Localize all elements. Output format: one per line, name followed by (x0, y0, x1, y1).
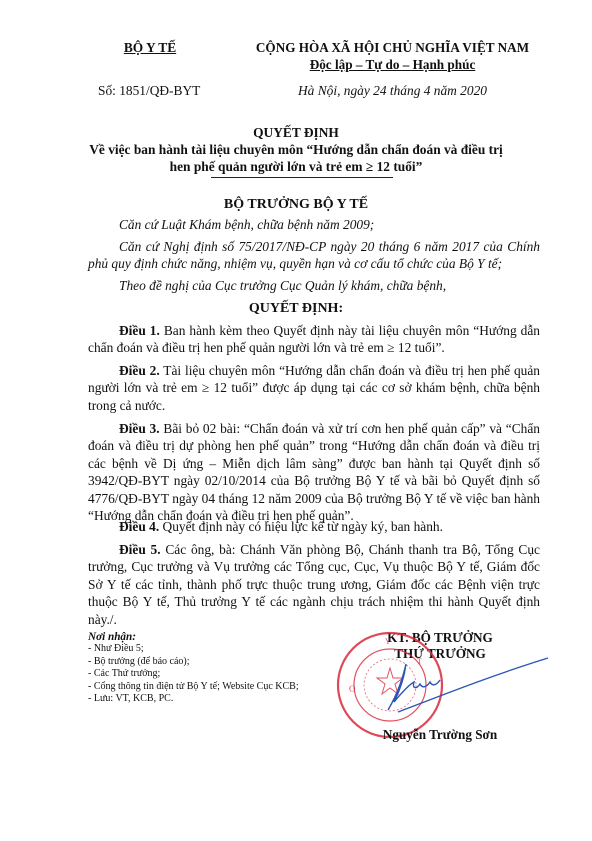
article-5: Điều 5. Các ông, bà: Chánh Văn phòng Bộ,… (88, 541, 540, 628)
article-label: Điều 3. (119, 421, 160, 436)
title-divider (211, 177, 393, 178)
legal-basis-text: Theo đề nghị của Cục trưởng Cục Quản lý … (119, 278, 446, 293)
document-type-heading: QUYẾT ĐỊNH (60, 124, 532, 141)
national-motto: Độc lập – Tự do – Hạnh phúc (240, 57, 545, 73)
article-label: Điều 1. (119, 323, 160, 338)
article-2: Điều 2. Tài liệu chuyên môn “Hướng dẫn c… (88, 362, 540, 414)
article-text: Bãi bỏ 02 bài: “Chẩn đoán và xử trí cơn … (88, 421, 540, 523)
document-subject-line-2: hen phế quản người lớn và trẻ em ≥ 12 tu… (60, 158, 532, 175)
legal-basis-text: Căn cứ Luật Khám bệnh, chữa bệnh năm 200… (119, 217, 374, 232)
handwritten-signature-icon (360, 650, 560, 720)
document-number: Số: 1851/QĐ-BYT (98, 83, 200, 99)
article-4: Điều 4. Quyết định này có hiệu lực kể từ… (88, 518, 540, 535)
signer-title-1: KT. BỘ TRƯỞNG (330, 630, 550, 646)
country-name: CỘNG HÒA XÃ HỘI CHỦ NGHĨA VIỆT NAM (240, 40, 545, 56)
svg-text:O: O (349, 684, 356, 694)
recipients-heading: Nơi nhận: (88, 631, 299, 643)
issuing-authority: BỘ TRƯỞNG BỘ Y TẾ (60, 196, 532, 213)
article-label: Điều 4. (119, 519, 159, 534)
article-1: Điều 1. Ban hành kèm theo Quyết định này… (88, 322, 540, 357)
signer-name: Nguyễn Trường Sơn (330, 727, 550, 743)
recipient-item: - Cổng thông tin điện tử Bộ Y tế; Websit… (88, 681, 299, 693)
article-label: Điều 2. (119, 363, 160, 378)
legal-basis-3: Theo đề nghị của Cục trưởng Cục Quản lý … (88, 277, 540, 294)
recipient-item: - Các Thứ trưởng; (88, 668, 299, 680)
article-3: Điều 3. Bãi bỏ 02 bài: “Chẩn đoán và xử … (88, 420, 540, 524)
recipient-item: - Như Điều 5; (88, 643, 299, 655)
legal-basis-1: Căn cứ Luật Khám bệnh, chữa bệnh năm 200… (88, 216, 540, 233)
decision-heading: QUYẾT ĐỊNH: (60, 300, 532, 317)
agency-name: BỘ Y TẾ (80, 40, 220, 56)
article-text: Quyết định này có hiệu lực kể từ ngày ký… (163, 519, 443, 534)
recipient-item: - Bộ trưởng (để báo cáo); (88, 656, 299, 668)
document-subject-line-1: Về việc ban hành tài liệu chuyên môn “Hư… (60, 141, 532, 158)
article-label: Điều 5. (119, 542, 161, 557)
legal-basis-2: Căn cứ Nghị định số 75/2017/NĐ-CP ngày 2… (88, 238, 540, 273)
place-and-date: Hà Nội, ngày 24 tháng 4 năm 2020 (240, 83, 545, 99)
recipients-block: Nơi nhận: - Như Điều 5; - Bộ trưởng (để … (88, 631, 299, 705)
recipient-item: - Lưu: VT, KCB, PC. (88, 693, 299, 705)
legal-basis-text: Căn cứ Nghị định số 75/2017/NĐ-CP ngày 2… (88, 239, 540, 271)
